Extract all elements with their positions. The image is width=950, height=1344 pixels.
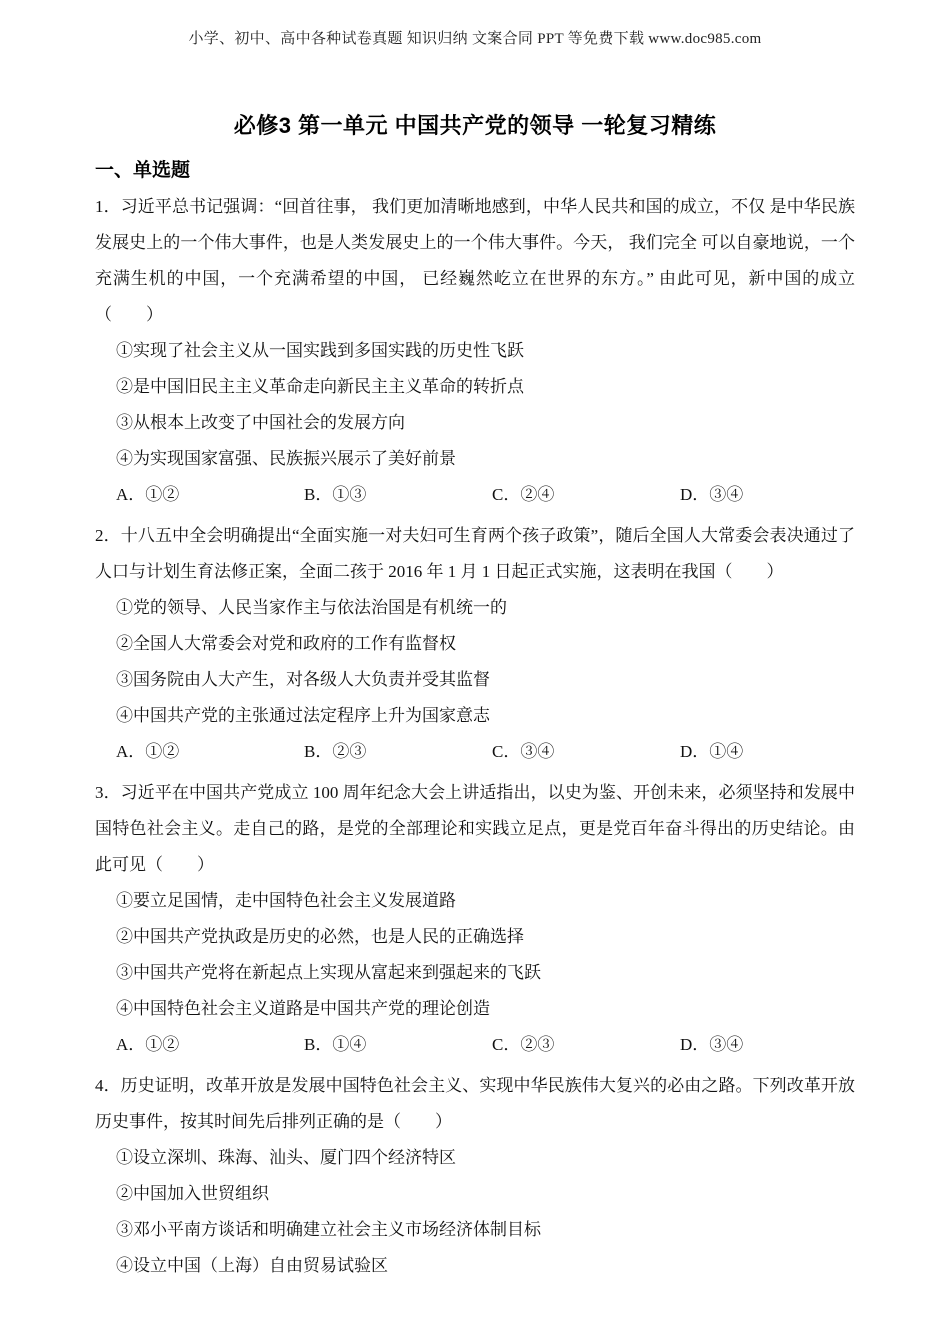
question-2-choices: A．①② B．②③ C．③④ D．①④ — [95, 734, 855, 770]
question-3-choice-b: B．①④ — [304, 1027, 492, 1063]
page-header: 小学、初中、高中各种试卷真题 知识归纳 文案合同 PPT 等免费下载 www.d… — [95, 0, 855, 48]
question-2-item-4: ④中国共产党的主张通过法定程序上升为国家意志 — [95, 698, 855, 734]
question-3-choice-d: D．③④ — [680, 1027, 743, 1063]
question-1-item-4: ④为实现国家富强、民族振兴展示了美好前景 — [95, 441, 855, 477]
question-3-item-4: ④中国特色社会主义道路是中国共产党的理论创造 — [95, 991, 855, 1027]
document-title: 必修3 第一单元 中国共产党的领导 一轮复习精练 — [95, 111, 855, 141]
question-3-item-3: ③中国共产党将在新起点上实现从富起来到强起来的飞跃 — [95, 955, 855, 991]
question-1-item-2: ②是中国旧民主主义革命走向新民主主义革命的转折点 — [95, 369, 855, 405]
question-2-choice-a: A．①② — [116, 734, 304, 770]
question-3-choice-c: C．②③ — [492, 1027, 680, 1063]
question-1-stem: 1．习近平总书记强调：“回首往事， 我们更加清晰地感到，中华人民共和国的成立，不… — [95, 189, 855, 333]
question-2: 2．十八五中全会明确提出“全面实施一对夫妇可生育两个孩子政策”，随后全国人大常委… — [95, 518, 855, 770]
question-1-item-3: ③从根本上改变了中国社会的发展方向 — [95, 405, 855, 441]
question-1-choice-c: C．②④ — [492, 477, 680, 513]
question-1-choice-d: D．③④ — [680, 477, 743, 513]
question-2-item-2: ②全国人大常委会对党和政府的工作有监督权 — [95, 626, 855, 662]
question-3-choices: A．①② B．①④ C．②③ D．③④ — [95, 1027, 855, 1063]
question-2-choice-b: B．②③ — [304, 734, 492, 770]
section-heading: 一、单选题 — [95, 158, 855, 184]
question-3: 3．习近平在中国共产党成立 100 周年纪念大会上讲适指出，以史为鉴、开创未来，… — [95, 775, 855, 1063]
question-2-item-3: ③国务院由人大产生，对各级人大负责并受其监督 — [95, 662, 855, 698]
question-3-item-2: ②中国共产党执政是历史的必然，也是人民的正确选择 — [95, 919, 855, 955]
question-2-item-1: ①党的领导、人民当家作主与依法治国是有机统一的 — [95, 590, 855, 626]
question-4: 4．历史证明，改革开放是发展中国特色社会主义、实现中华民族伟大复兴的必由之路。下… — [95, 1068, 855, 1284]
question-4-item-1: ①设立深圳、珠海、汕头、厦门四个经济特区 — [95, 1140, 855, 1176]
header-text: 小学、初中、高中各种试卷真题 知识归纳 文案合同 PPT 等免费下载 www.d… — [188, 31, 761, 47]
question-1-choice-b: B．①③ — [304, 477, 492, 513]
question-1-choice-a: A．①② — [116, 477, 304, 513]
question-4-item-4: ④设立中国（上海）自由贸易试验区 — [95, 1248, 855, 1284]
question-2-stem: 2．十八五中全会明确提出“全面实施一对夫妇可生育两个孩子政策”，随后全国人大常委… — [95, 518, 855, 590]
question-1-choices: A．①② B．①③ C．②④ D．③④ — [95, 477, 855, 513]
question-3-choice-a: A．①② — [116, 1027, 304, 1063]
question-1: 1．习近平总书记强调：“回首往事， 我们更加清晰地感到，中华人民共和国的成立，不… — [95, 189, 855, 513]
document-page: 小学、初中、高中各种试卷真题 知识归纳 文案合同 PPT 等免费下载 www.d… — [0, 0, 950, 1344]
question-4-item-2: ②中国加入世贸组织 — [95, 1176, 855, 1212]
question-2-choice-d: D．①④ — [680, 734, 743, 770]
question-4-stem: 4．历史证明，改革开放是发展中国特色社会主义、实现中华民族伟大复兴的必由之路。下… — [95, 1068, 855, 1140]
question-1-item-1: ①实现了社会主义从一国实践到多国实践的历史性飞跃 — [95, 333, 855, 369]
question-3-stem: 3．习近平在中国共产党成立 100 周年纪念大会上讲适指出，以史为鉴、开创未来，… — [95, 775, 855, 883]
question-2-choice-c: C．③④ — [492, 734, 680, 770]
question-4-item-3: ③邓小平南方谈话和明确建立社会主义市场经济体制目标 — [95, 1212, 855, 1248]
question-3-item-1: ①要立足国情，走中国特色社会主义发展道路 — [95, 883, 855, 919]
